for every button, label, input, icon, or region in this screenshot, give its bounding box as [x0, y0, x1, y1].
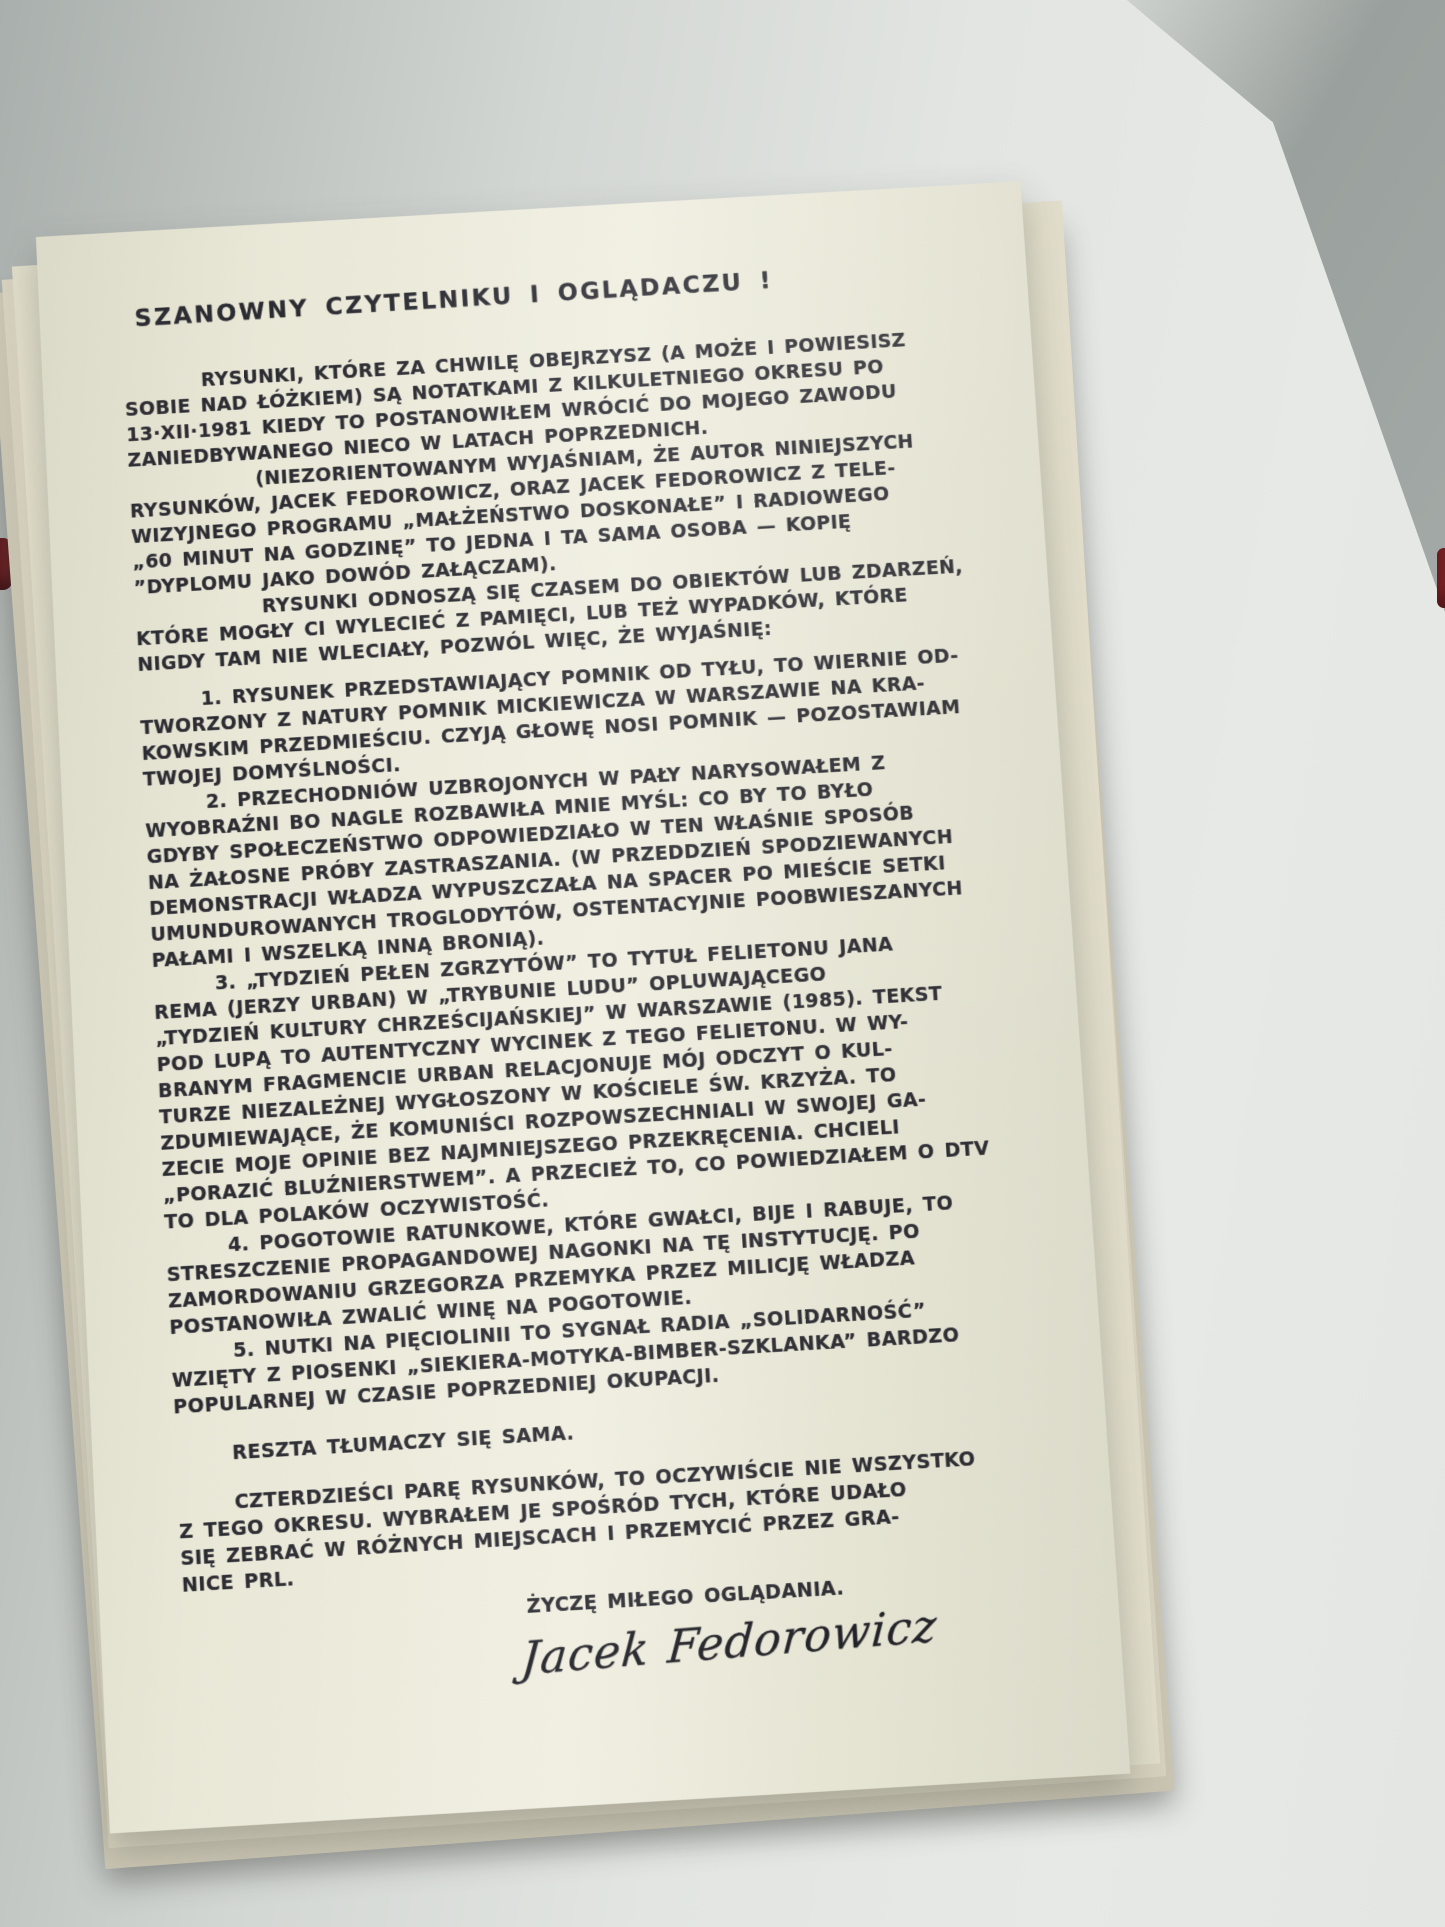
salutation-line: SZANOWNY CZYTELNIKU I OGLĄDACZU !: [134, 255, 988, 330]
letter-sheet: SZANOWNY CZYTELNIKU I OGLĄDACZU ! RYSUNK…: [36, 181, 1130, 1833]
red-object-right-edge: [1437, 548, 1445, 608]
photo-background: SZANOWNY CZYTELNIKU I OGLĄDACZU ! RYSUNK…: [0, 0, 1445, 1927]
letter-item-3: 3. „TYDZIEŃ PEŁEN ZGRZYTÓW” TO TYTUŁ FEL…: [152, 923, 1049, 1235]
letter-body: RYSUNKI, KTÓRE ZA CHWILĘ OBEJRZYSZ (A MO…: [123, 323, 1081, 1702]
